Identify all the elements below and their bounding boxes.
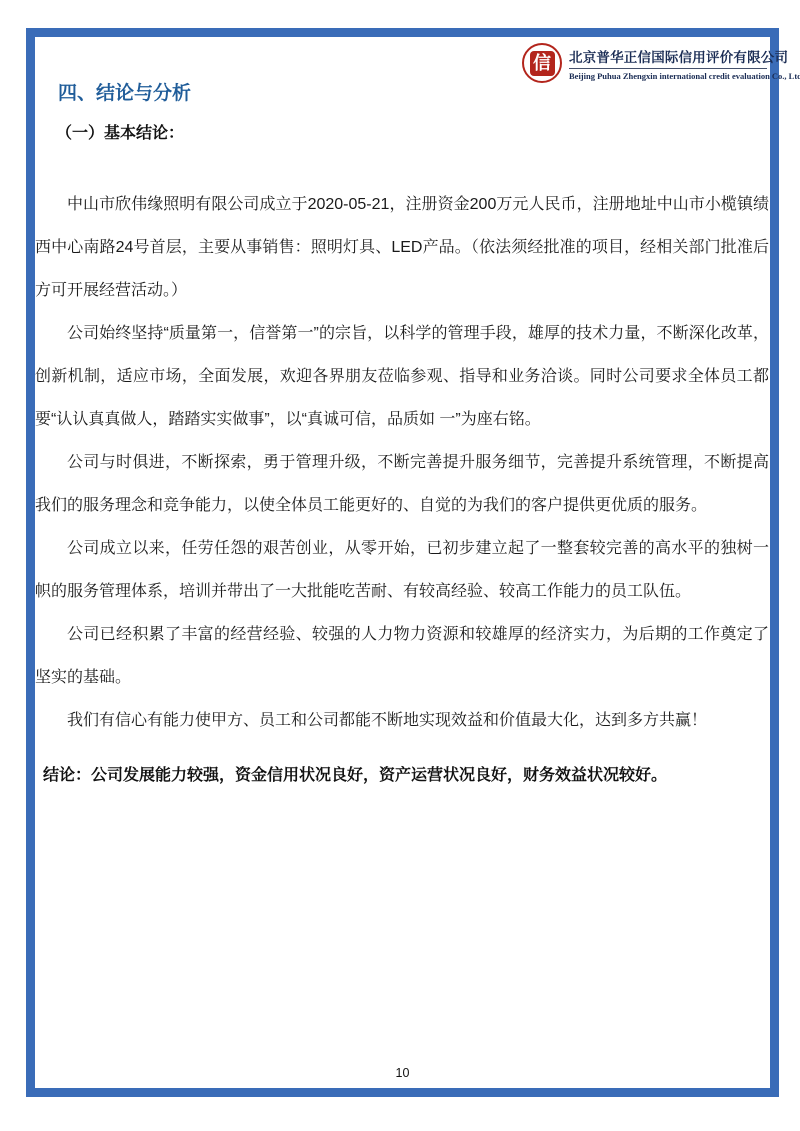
body-paragraph: 公司与时俱进，不断探索，勇于管理升级，不断完善提升服务细节，完善提升系统管理，不… [35, 441, 769, 527]
document-body: 四、结论与分析 （一）基本结论： 中山市欣伟缘照明有限公司成立于2020-05-… [35, 37, 770, 787]
subsection-title: （一）基本结论： [56, 125, 769, 143]
body-paragraph: 中山市欣伟缘照明有限公司成立于2020-05-21，注册资金200万元人民币，注… [35, 183, 769, 312]
paragraph-list: 中山市欣伟缘照明有限公司成立于2020-05-21，注册资金200万元人民币，注… [35, 183, 769, 742]
body-paragraph: 我们有信心有能力使甲方、员工和公司都能不断地实现效益和价值最大化，达到多方共赢！ [35, 699, 769, 742]
body-paragraph: 公司已经积累了丰富的经营经验、较强的人力物力资源和较雄厚的经济实力，为后期的工作… [35, 613, 769, 699]
body-paragraph: 公司成立以来，任劳任怨的艰苦创业，从零开始，已初步建立起了一整套较完善的高水平的… [35, 527, 769, 613]
page-border-frame: 信 北京普华正信国际信用评价有限公司 Beijing Puhua Zhengxi… [26, 28, 779, 1097]
page-number: 10 [35, 1066, 770, 1080]
conclusion-statement: 结论：公司发展能力较强，资金信用状况良好，资产运营状况良好，财务效益状况较好。 [43, 765, 769, 787]
body-paragraph: 公司始终坚持“质量第一，信誉第一”的宗旨，以科学的管理手段，雄厚的技术力量，不断… [35, 312, 769, 441]
section-title: 四、结论与分析 [58, 84, 769, 104]
